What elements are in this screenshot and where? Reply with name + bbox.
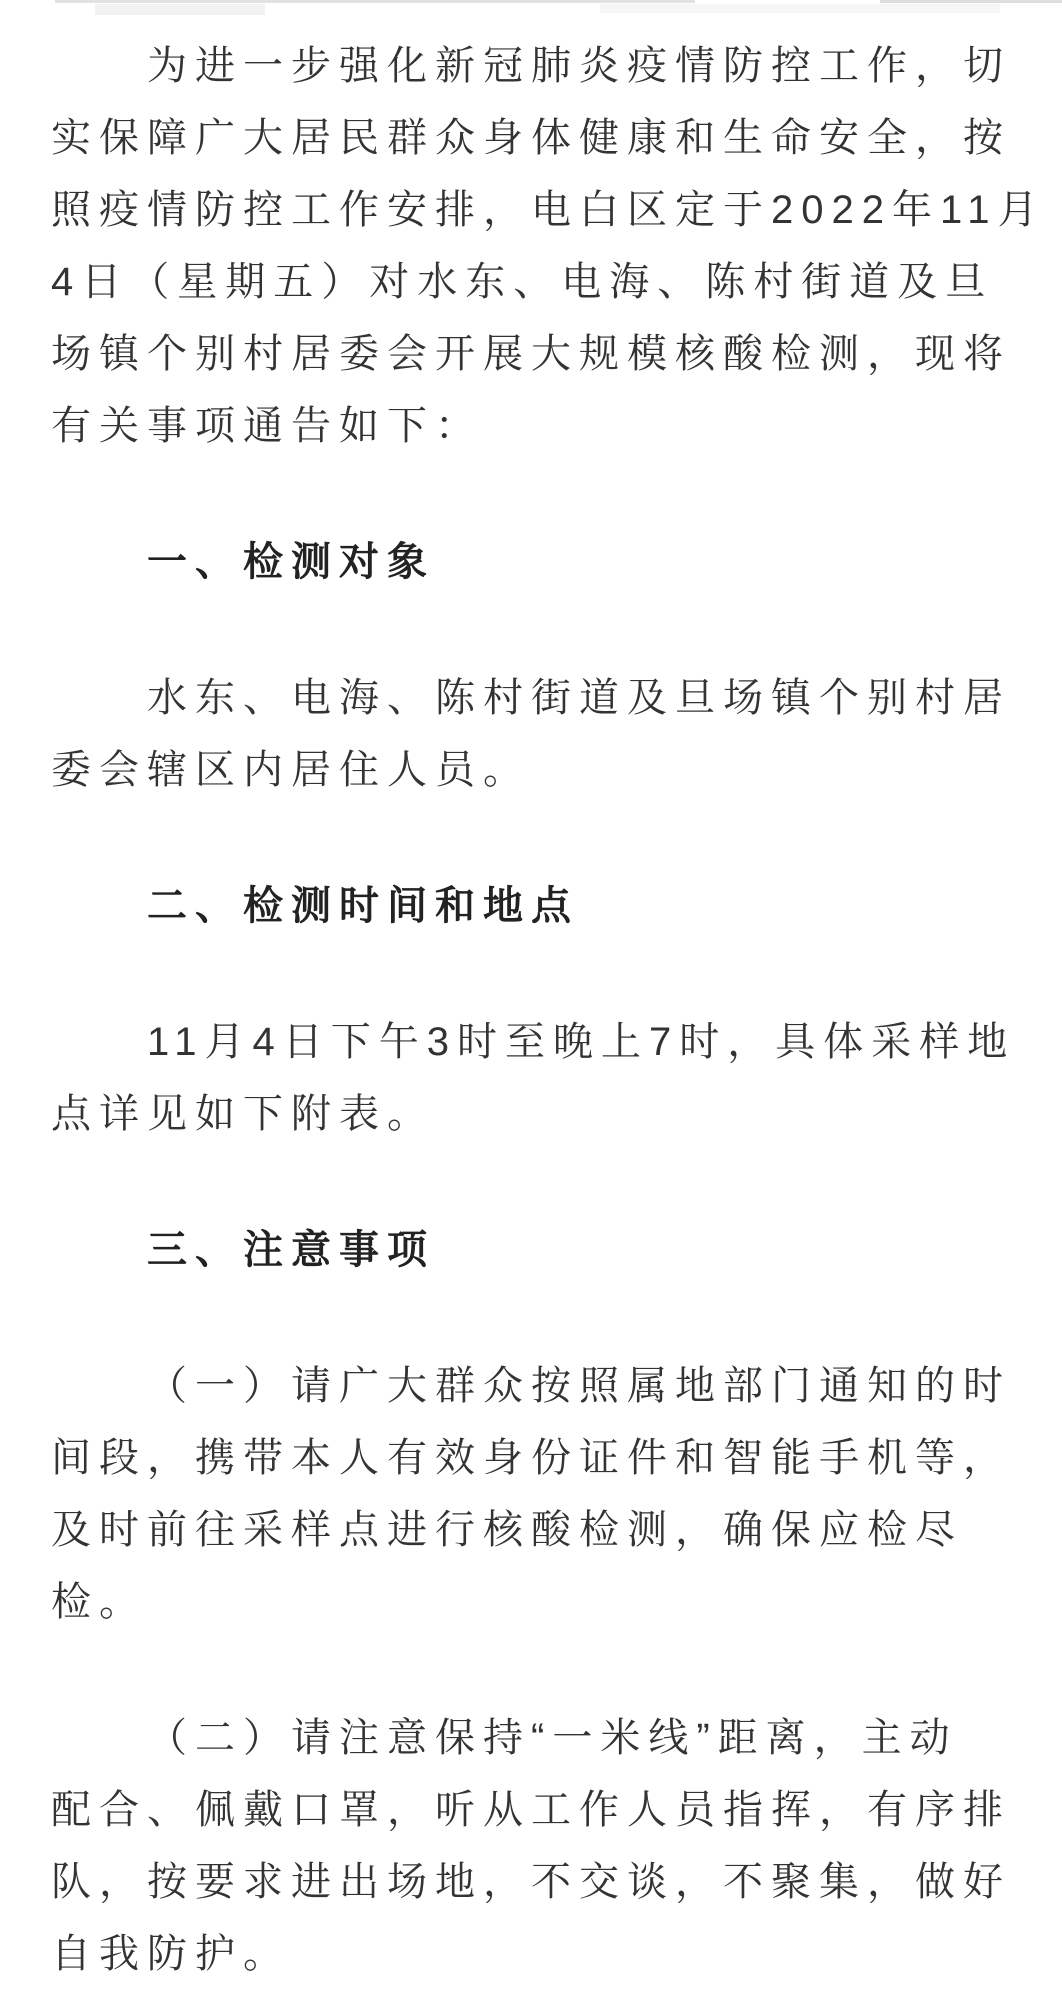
- heading-text: 一、检测对象: [51, 526, 1011, 598]
- text-line: 实保障广大居民群众身体健康和生命安全，按: [51, 102, 1011, 174]
- heading-text: 二、检测时间和地点: [51, 870, 1011, 942]
- paragraph-detection-targets: 水东、电海、陈村街道及旦场镇个别村居 委会辖区内居住人员。: [51, 662, 1011, 806]
- section-heading-time-and-place: 二、检测时间和地点: [51, 870, 1011, 942]
- section-heading-precautions: 三、注意事项: [51, 1214, 1011, 1286]
- text-line: 有关事项通告如下：: [51, 390, 1011, 462]
- text-line: 检。: [51, 1566, 1011, 1638]
- text-line: 点详见如下附表。: [51, 1078, 1011, 1150]
- text-line: 水东、电海、陈村街道及旦场镇个别村居: [51, 662, 1011, 734]
- section-heading-detection-targets: 一、检测对象: [51, 526, 1011, 598]
- paragraph-precaution-1: （一）请广大群众按照属地部门通知的时 间段，携带本人有效身份证件和智能手机等， …: [51, 1350, 1011, 1638]
- text-line: 场镇个别村居委会开展大规模核酸检测，现将: [51, 318, 1011, 390]
- text-line: 及时前往采样点进行核酸检测，确保应检尽: [51, 1494, 1011, 1566]
- paragraph-intro: 为进一步强化新冠肺炎疫情防控工作，切 实保障广大居民群众身体健康和生命安全，按 …: [51, 30, 1011, 462]
- text-line: 队，按要求进出场地，不交谈，不聚集，做好: [51, 1846, 1011, 1918]
- heading-text: 三、注意事项: [51, 1214, 1011, 1286]
- text-line: 4日（星期五）对水东、电海、陈村街道及旦: [51, 246, 1011, 318]
- paragraph-precaution-2: （二）请注意保持“一米线”距离，主动 配合、佩戴口罩，听从工作人员指挥，有序排 …: [51, 1702, 1011, 1990]
- text-line: 委会辖区内居住人员。: [51, 734, 1011, 806]
- text-line: 为进一步强化新冠肺炎疫情防控工作，切: [51, 30, 1011, 102]
- text-line: 11月4日下午3时至晚上7时，具体采样地: [51, 1006, 1011, 1078]
- notice-content: 为进一步强化新冠肺炎疫情防控工作，切 实保障广大居民群众身体健康和生命安全，按 …: [0, 0, 1062, 1990]
- text-line: 照疫情防控工作安排，电白区定于2022年11月: [51, 174, 1011, 246]
- text-line: 间段，携带本人有效身份证件和智能手机等，: [51, 1422, 1011, 1494]
- paragraph-time-and-place: 11月4日下午3时至晚上7时，具体采样地 点详见如下附表。: [51, 1006, 1011, 1150]
- text-line: （二）请注意保持“一米线”距离，主动: [51, 1702, 1011, 1774]
- text-line: （一）请广大群众按照属地部门通知的时: [51, 1350, 1011, 1422]
- text-line: 配合、佩戴口罩，听从工作人员指挥，有序排: [51, 1774, 1011, 1846]
- text-line: 自我防护。: [51, 1918, 1011, 1990]
- notice-article: 为进一步强化新冠肺炎疫情防控工作，切 实保障广大居民群众身体健康和生命安全，按 …: [0, 0, 1062, 2000]
